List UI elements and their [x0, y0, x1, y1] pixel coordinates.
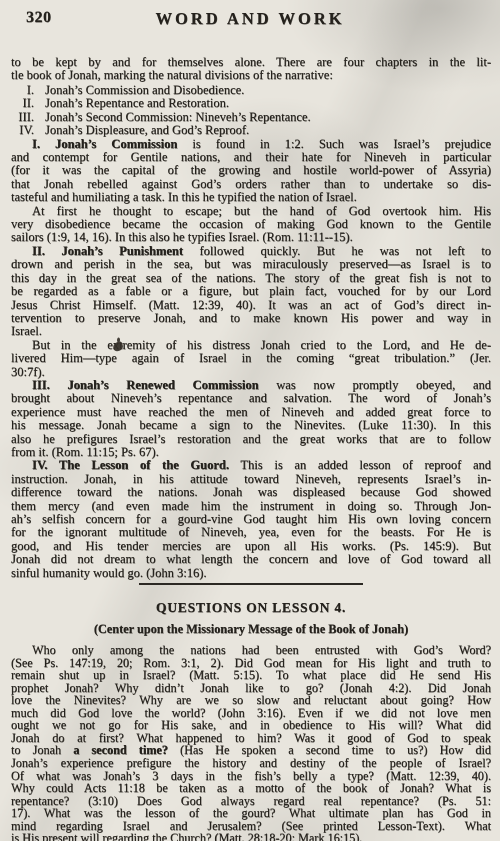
outline-item: IV.Jonah’s Displeasure, and God’s Reproo…	[11, 124, 491, 137]
text-line: tle book of Jonah, marking the natural d…	[11, 69, 491, 82]
text-line: very disobedience became the occasion of…	[11, 218, 491, 231]
text-line: from it. (Rom. 11:15; Ps. 67).	[11, 446, 491, 459]
text-line: II. Jonah’s Punishment followed quickly.…	[11, 245, 491, 258]
outline-numeral: IV.	[11, 124, 34, 137]
text-segment: is found in 1:2. Such was Israel’s preju…	[177, 137, 491, 151]
text-line: tasteful and humiliating a task. In this…	[11, 191, 491, 204]
text-line: sailors (1:9, 14, 16). In this also he t…	[11, 231, 491, 244]
bold-text: I. Jonah’s Commission	[32, 137, 177, 151]
page-header: 320 WORD AND WORK	[0, 0, 500, 42]
text-line: tervention to preserve Jonah, and to mak…	[11, 312, 491, 325]
text-line: sinful humanity would go. (John 3:16).	[11, 567, 491, 580]
outline-item: II.Jonah’s Repentance and Restoration.	[11, 97, 491, 110]
paragraph: At first he thought to escape; but the h…	[11, 205, 491, 245]
text-line: ought we not go for His sake, and in obe…	[11, 719, 491, 732]
text-line: At first he thought to escape; but the h…	[11, 205, 491, 218]
text-line: 30:7f).	[11, 366, 491, 379]
outline-numeral: III.	[11, 111, 34, 124]
outline-label: Jonah’s Commission and Disobedience.	[45, 84, 244, 97]
text-line: experience must have reached the men of …	[11, 406, 491, 419]
text-line: Jonah did not dream to what length the c…	[11, 553, 491, 566]
text-line: brought about Nineveh’s repentance and s…	[11, 392, 491, 405]
outline-numeral: I.	[11, 84, 34, 97]
text-line: But in the extremity of his distress Jon…	[11, 339, 491, 352]
text-line: difference toward the nations. Jonah was…	[11, 486, 491, 499]
outline-numeral: II.	[11, 97, 34, 110]
outline-label: Jonah’s Repentance and Restoration.	[45, 97, 229, 110]
paragraph: IV. The Lesson of the Guord. This is an …	[11, 459, 491, 580]
text-line: Jesus Christ Himself. (Matt. 12:39, 40).…	[11, 299, 491, 312]
paragraph: III. Jonah’s Renewed Commission was now …	[11, 379, 491, 459]
questions-heading: QUESTIONS ON LESSON 4.	[11, 600, 491, 616]
bold-text: II. Jonah’s Punishment	[32, 244, 183, 258]
text-line: instruction. Jonah, in his attitude towa…	[11, 473, 491, 486]
text-line: 17). What was the lesson of the gourd? W…	[11, 807, 491, 820]
outline-item: I.Jonah’s Commission and Disobedience.	[11, 84, 491, 97]
outline-label: Jonah’s Second Commission: Nineveh’s Rep…	[45, 111, 311, 124]
article-body: I. Jonah’s Commission is found in 1:2. S…	[11, 138, 491, 580]
paragraph: I. Jonah’s Commission is found in 1:2. S…	[11, 138, 491, 205]
text-segment: followed quickly. But he was not left to	[183, 244, 491, 258]
intro-paragraph: to be kept by and for themselves alone. …	[11, 56, 491, 83]
page-content: to be kept by and for themselves alone. …	[11, 56, 491, 841]
text-line: be regarded as a fable or a figure, but …	[11, 285, 491, 298]
scanned-document-page: 320 WORD AND WORK to be kept by and for …	[0, 0, 500, 841]
journal-title: WORD AND WORK	[0, 9, 500, 28]
outline-list: I.Jonah’s Commission and Disobedience.II…	[11, 84, 491, 138]
paragraph: But in the extremity of his distress Jon…	[11, 339, 491, 379]
text-line: good, and His tender mercies are upon al…	[11, 540, 491, 553]
text-line: for the ignorant multitude of Nineveh, y…	[11, 526, 491, 539]
text-line: is His present will regarding the Church…	[11, 832, 491, 841]
text-line: that Jonah rebelled against God’s orders…	[11, 178, 491, 191]
text-line: livered Him—type again of Israel in the …	[11, 352, 491, 365]
text-line: love the Ninevites? Why are we so slow a…	[11, 694, 491, 707]
text-line: to be kept by and for themselves alone. …	[11, 56, 491, 69]
questions-subheading: (Center upon the Missionary Message of t…	[11, 622, 491, 637]
text-line: ah’s selfish concern for a gourd-vine Go…	[11, 513, 491, 526]
bold-text: III. Jonah’s Renewed Commission	[32, 378, 259, 392]
text-line: his message. Jonah became a sign to the …	[11, 419, 491, 432]
text-line: remain shut up in Israel? (Matt. 5:15). …	[11, 669, 491, 682]
text-line: IV. The Lesson of the Guord. This is an …	[11, 459, 491, 472]
text-line: drown and perish in the sea, but was mir…	[11, 258, 491, 271]
text-line: Who only among the nations had been entr…	[11, 644, 491, 657]
text-segment: was now promptly obeyed, and	[259, 378, 491, 392]
bold-text: IV. The Lesson of the Guord.	[32, 458, 229, 472]
text-line: and contempt for Gentile nations, and th…	[11, 151, 491, 164]
text-segment: This is an added lesson of reproof and	[229, 458, 491, 472]
outline-label: Jonah’s Displeasure, and God’s Reproof.	[45, 124, 249, 137]
section-divider	[139, 583, 363, 585]
text-line: III. Jonah’s Renewed Commission was now …	[11, 379, 491, 392]
text-line: Israel.	[11, 325, 491, 338]
outline-item: III.Jonah’s Second Commission: Nineveh’s…	[11, 111, 491, 124]
paragraph: II. Jonah’s Punishment followed quickly.…	[11, 245, 491, 339]
text-line: also he prefigures Israel’s restoration …	[11, 433, 491, 446]
questions-paragraph: Who only among the nations had been entr…	[11, 644, 491, 841]
page-number: 320	[26, 9, 52, 27]
text-line: Jonah’s experience prefigure the history…	[11, 757, 491, 770]
text-line: this day in the great sea of the nations…	[11, 272, 491, 285]
text-line: them mercy (and even made him the instru…	[11, 500, 491, 513]
text-line: I. Jonah’s Commission is found in 1:2. S…	[11, 138, 491, 151]
text-line: Why could Acts 11:18 be taken as a motto…	[11, 782, 491, 795]
text-line: (for it was the capital of the growing a…	[11, 164, 491, 177]
